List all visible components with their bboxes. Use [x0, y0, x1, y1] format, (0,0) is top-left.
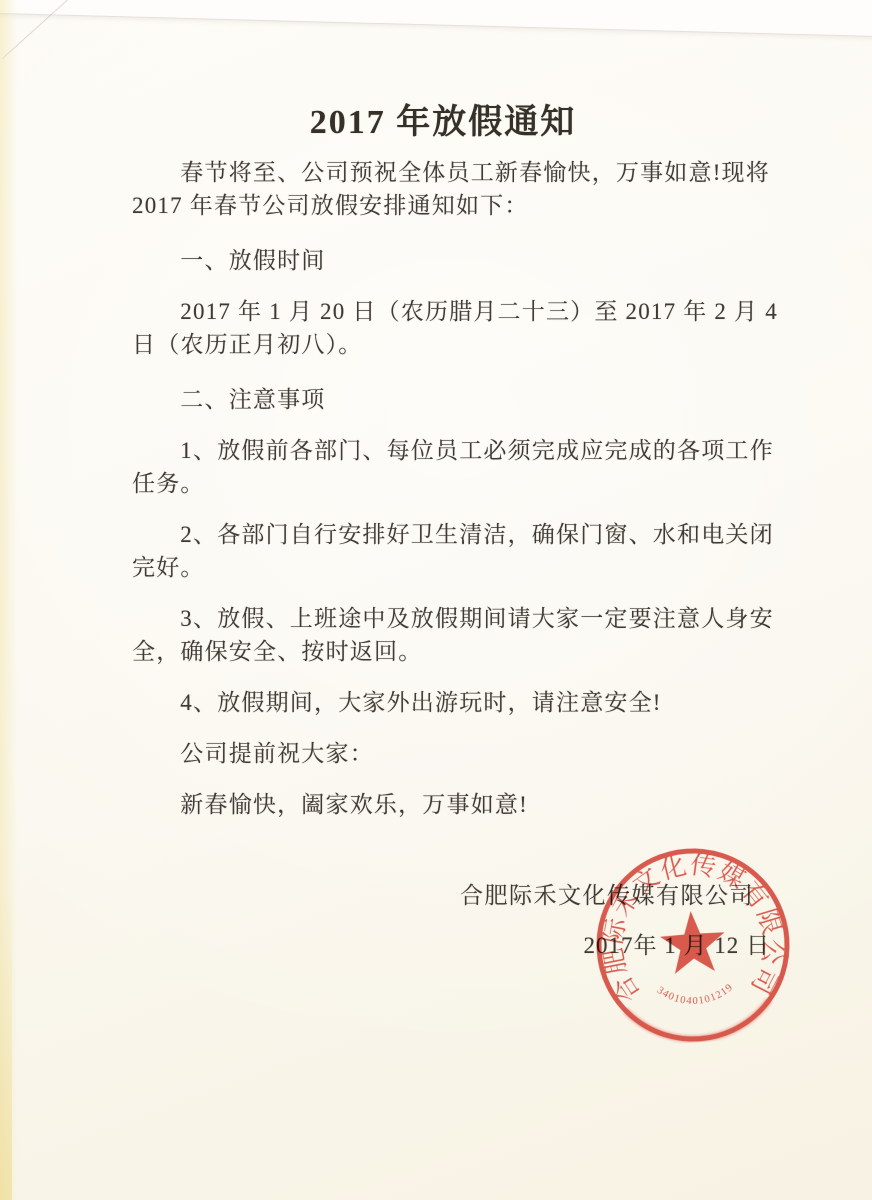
note-item-3: 全，确保安全、按时返回。 [132, 635, 754, 668]
signature-date: 2017年 1 月 12 日 [132, 929, 770, 962]
scanned-notice-photo: 2017 年放假通知 春节将至、公司预祝全体员工新春愉快，万事如意!现将 201… [0, 0, 872, 1200]
signature-company: 合肥际禾文化传媒有限公司 [132, 879, 754, 912]
seal-number-text: 3401040101219 [654, 980, 736, 1010]
holiday-dates-line: 日（农历正月初八）。 [132, 328, 754, 361]
section-heading-holiday-time: 一、放假时间 [132, 244, 754, 277]
intro-line: 2017 年春节公司放假安排通知如下： [132, 189, 754, 222]
note-item-2: 2、各部门自行安排好卫生清洁，确保门窗、水和电关闭 [132, 518, 754, 551]
notice-body: 2017 年放假通知 春节将至、公司预祝全体员工新春愉快，万事如意!现将 201… [132, 0, 754, 962]
section-heading-notes: 二、注意事项 [132, 383, 754, 416]
closing-wish-line: 新春愉快，阖家欢乐，万事如意! [132, 788, 754, 821]
closing-line: 公司提前祝大家： [132, 737, 754, 770]
note-item-3: 3、放假、上班途中及放假期间请大家一定要注意人身安 [132, 602, 754, 635]
note-item-4: 4、放假期间，大家外出游玩时，请注意安全! [132, 686, 754, 719]
note-item-1: 1、放假前各部门、每位员工必须完成应完成的各项工作 [132, 434, 754, 467]
intro-line: 春节将至、公司预祝全体员工新春愉快，万事如意!现将 [132, 156, 754, 189]
note-item-1: 任务。 [132, 467, 754, 500]
holiday-dates-line: 2017 年 1 月 20 日（农历腊月二十三）至 2017 年 2 月 4 [132, 295, 754, 328]
paper-left-edge-lower [0, 880, 12, 1200]
seal-ring-smudge [625, 1000, 771, 1044]
document-title: 2017 年放假通知 [132, 100, 754, 146]
note-item-2: 完好。 [132, 551, 754, 584]
